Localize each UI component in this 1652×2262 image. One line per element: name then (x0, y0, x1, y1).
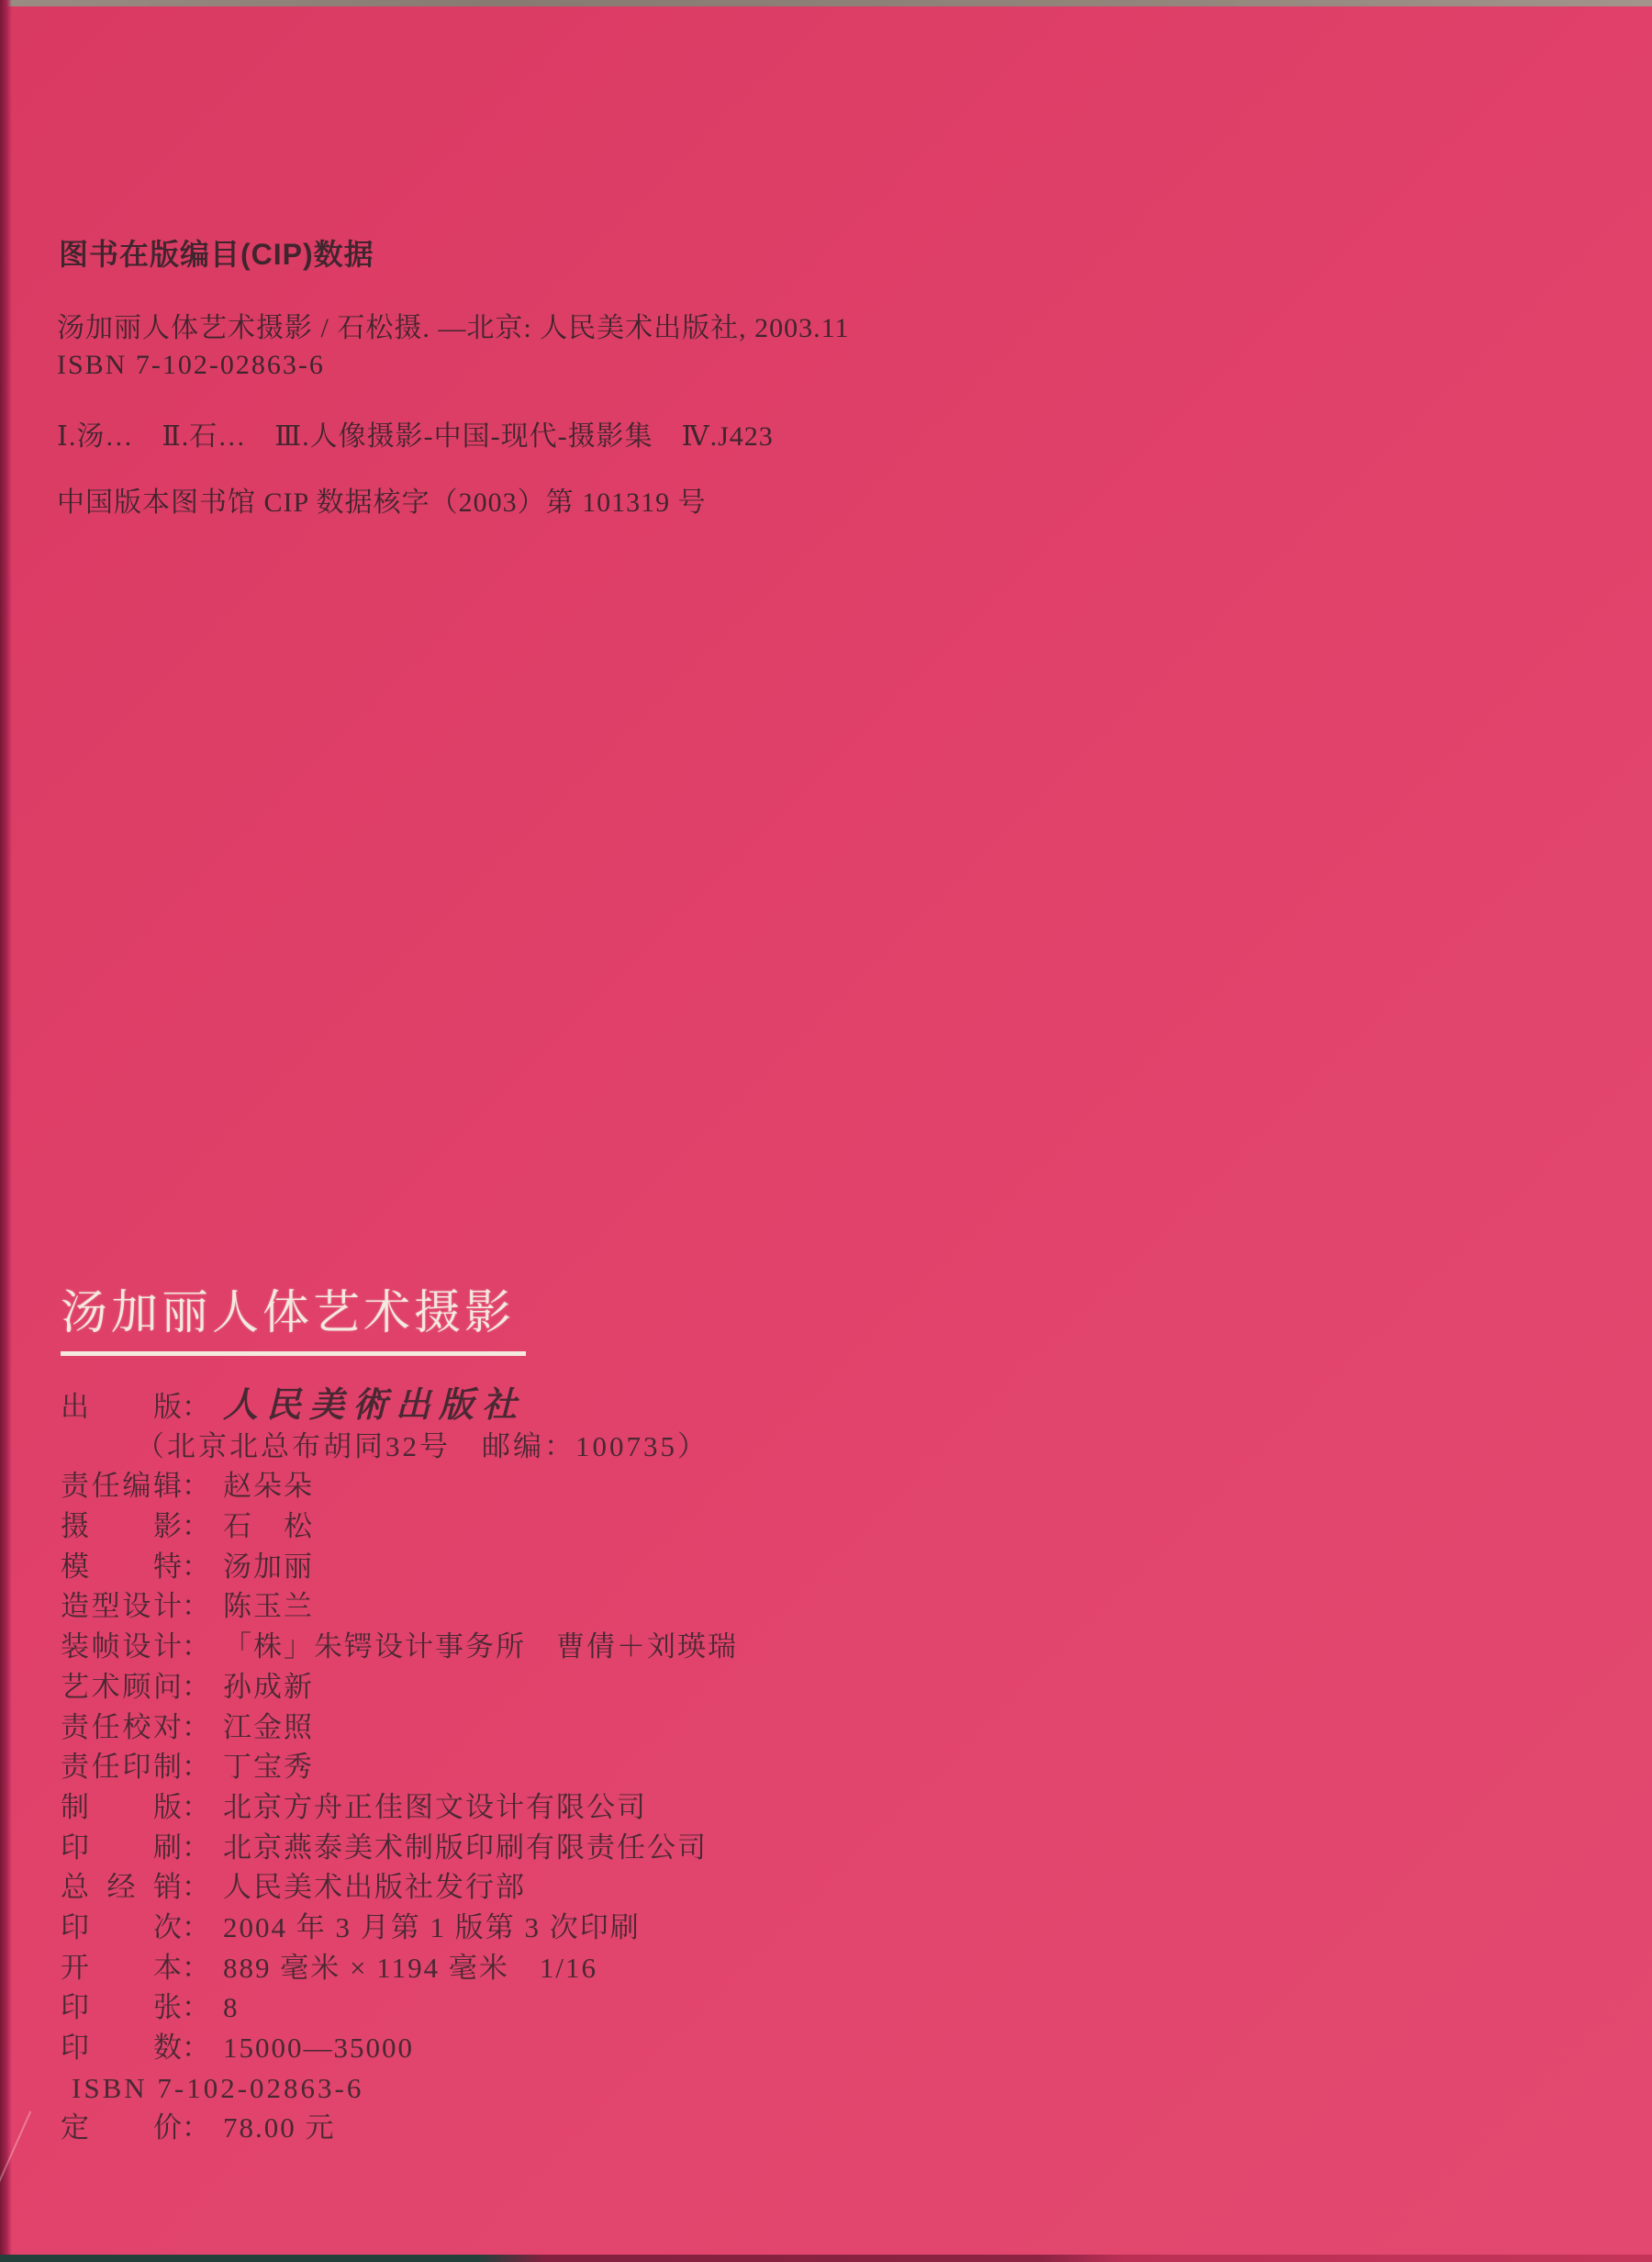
colophon-colon: ： (182, 1708, 210, 1748)
colophon-label: 艺术顾问 (61, 1667, 182, 1708)
colophon-row: 摄影：石 松 (61, 1506, 1070, 1547)
colophon-value: 北京燕泰美术制版印刷有限责任公司 (223, 1831, 708, 1864)
colophon-value: 人民美術出版社 (223, 1386, 525, 1425)
colophon-row: 印数：15000—35000 (61, 2028, 1070, 2068)
colophon-row: 出版：人民美術出版社 (61, 1386, 1070, 1427)
colophon-row: （北京北总布胡同32号 邮编：100735） (61, 1427, 1070, 1467)
colophon-colon: ： (182, 1667, 210, 1708)
colophon-colon: ： (182, 1387, 210, 1428)
colophon-colon: ： (182, 1867, 210, 1908)
colophon-colon: ： (182, 2108, 210, 2148)
cip-title-line: 汤加丽人体艺术摄影 / 石松摄. —北京: 人民美术出版社, 2003.11 (57, 305, 850, 345)
colophon-row: 印次：2004 年 3 月第 1 版第 3 次印刷 (61, 1908, 1070, 1948)
colophon-value: 8 (223, 1991, 240, 2023)
cip-record-number-line: 中国版本图书馆 CIP 数据核字（2003）第 101319 号 (57, 479, 707, 520)
colophon-row: 印张：8 (61, 1988, 1070, 2028)
colophon-colon: ： (182, 2028, 210, 2068)
colophon-label: 总经销 (61, 1867, 182, 1908)
colophon-row: 开本：889 毫米 × 1194 毫米 1/16 (61, 1948, 1070, 1988)
colophon-colon: ： (182, 1908, 210, 1948)
colophon-colon: ： (182, 1506, 210, 1547)
colophon-value: 889 毫米 × 1194 毫米 1/16 (223, 1952, 597, 1984)
colophon-rows: 出版：人民美術出版社（北京北总布胡同32号 邮编：100735）责任编辑：赵朵朵… (61, 1386, 1070, 2148)
colophon-value: 陈玉兰 (223, 1590, 314, 1622)
colophon-label: 装帧设计 (61, 1627, 182, 1667)
colophon-value: 孙成新 (223, 1671, 314, 1703)
scan-edge-left (0, 0, 12, 2262)
colophon-value: 人民美术出版社发行部 (223, 1871, 526, 1903)
colophon-address: （北京北总布胡同32号 邮编：100735） (136, 1430, 709, 1462)
scanned-colophon-page: { "page": { "background_color": "#e0416a… (0, 0, 1652, 2262)
colophon-value: 「株」朱锷设计事务所 曹倩＋刘瑛瑞 (223, 1630, 738, 1663)
colophon-label: 摄影 (61, 1506, 182, 1547)
colophon-colon: ： (182, 1747, 210, 1787)
colophon-value: 江金照 (223, 1711, 314, 1743)
colophon-colon: ： (182, 1586, 210, 1627)
colophon-value: 2004 年 3 月第 1 版第 3 次印刷 (223, 1911, 641, 1943)
colophon-value: 15000—35000 (223, 2032, 414, 2064)
colophon-row: 造型设计：陈玉兰 (61, 1586, 1070, 1627)
colophon-label: 出版 (61, 1387, 182, 1428)
colophon-colon: ： (182, 1466, 210, 1506)
colophon-label: 印刷 (61, 1828, 182, 1868)
colophon-label: 印次 (61, 1908, 182, 1948)
colophon-label: 定价 (61, 2108, 182, 2148)
colophon-row: 责任印制：丁宝秀 (61, 1747, 1070, 1787)
colophon-value: 赵朵朵 (223, 1470, 314, 1502)
colophon-row: 印刷：北京燕泰美术制版印刷有限责任公司 (61, 1828, 1070, 1868)
colophon-label: 模特 (61, 1547, 182, 1587)
colophon-label: 责任印制 (61, 1747, 182, 1787)
colophon-colon: ： (182, 1547, 210, 1587)
cip-classification-line: Ⅰ.汤… Ⅱ.石… Ⅲ.人像摄影-中国-现代-摄影集 Ⅳ.J423 (57, 413, 774, 454)
colophon-value: 丁宝秀 (223, 1751, 314, 1783)
scan-edge-top (0, 0, 1652, 6)
scan-edge-bottom (0, 2255, 1652, 2262)
colophon-label: 造型设计 (61, 1586, 182, 1627)
colophon-value: 78.00 元 (223, 2111, 336, 2144)
colophon-isbn: ISBN 7-102-02863-6 (72, 2072, 363, 2104)
cip-header: 图书在版编目(CIP)数据 (59, 231, 374, 274)
colophon-row: 总经销：人民美术出版社发行部 (61, 1867, 1070, 1908)
colophon-value: 北京方舟正佳图文设计有限公司 (223, 1791, 647, 1823)
colophon-label: 开本 (61, 1948, 182, 1988)
colophon-colon: ： (182, 1988, 210, 2028)
colophon-label: 责任编辑 (61, 1466, 182, 1506)
colophon-colon: ： (182, 1828, 210, 1868)
colophon-label: 印数 (61, 2028, 182, 2068)
colophon-label: 制版 (61, 1787, 182, 1828)
colophon-row: 制版：北京方舟正佳图文设计有限公司 (61, 1787, 1070, 1828)
colophon-value: 汤加丽 (223, 1551, 314, 1583)
colophon-colon: ： (182, 1627, 210, 1667)
colophon-colon: ： (182, 1948, 210, 1988)
colophon-row: 艺术顾问：孙成新 (61, 1667, 1070, 1708)
cip-isbn-line: ISBN 7-102-02863-6 (57, 350, 325, 381)
colophon-row: 责任校对：江金照 (61, 1708, 1070, 1748)
colophon-row: 模特：汤加丽 (61, 1547, 1070, 1587)
colophon-label: 责任校对 (61, 1708, 182, 1748)
colophon-colon: ： (182, 1787, 210, 1828)
colophon-row: 装帧设计：「株」朱锷设计事务所 曹倩＋刘瑛瑞 (61, 1627, 1070, 1667)
colophon-label: 印张 (61, 1988, 182, 2028)
colophon-row: 责任编辑：赵朵朵 (61, 1466, 1070, 1506)
colophon-row: 定价：78.00 元 (61, 2108, 1070, 2148)
colophon-value: 石 松 (223, 1510, 314, 1542)
book-title: 汤加丽人体艺术摄影 (61, 1274, 526, 1356)
colophon-row: ISBN 7-102-02863-6 (61, 2068, 1070, 2109)
